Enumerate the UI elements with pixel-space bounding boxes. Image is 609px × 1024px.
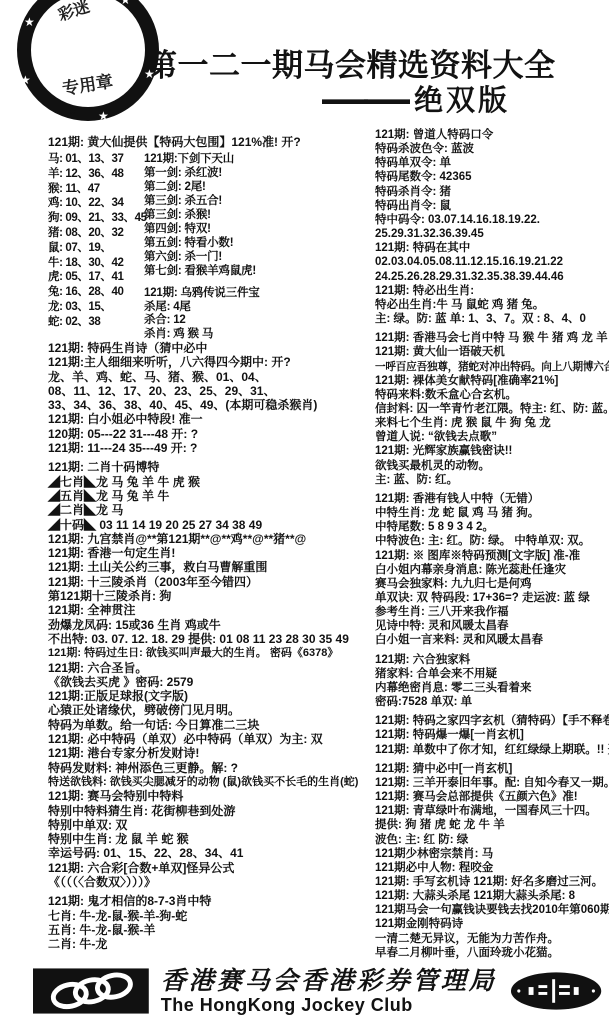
text-line: 121期: 特码生肖诗（猜中必中	[48, 341, 314, 355]
text-line: ◢二肖◣龙 马	[48, 503, 314, 517]
zodiac-line: 狗: 09、21、33、45	[48, 211, 144, 226]
zodiac-line: 鼠: 07、19、	[48, 241, 144, 256]
text-line: 白小姐内幕亲身消息: 陈光蕊赴任逢灾	[375, 563, 609, 577]
text-line: 121期: 香港一句定生肖!	[48, 546, 314, 560]
text-line: 121期: 特码之家四字玄机（猜特码）【手不释卷】	[375, 714, 609, 728]
zodiac-line: 龙: 03、15、	[48, 300, 144, 315]
text-line: 121期: 特码爆一爆[一肖玄机]	[375, 728, 609, 742]
text-line: 《欲钱去买虎 》密码: 2579	[48, 675, 314, 689]
left-text-lines: 121期: 特码生肖诗（猜中必中121期:主人细细来听听，八六得四今期中: 开?…	[48, 341, 314, 951]
text-line: 121期: 白小姐必中特段! 准一	[48, 412, 314, 426]
text-line: 五肖: 牛-龙-鼠-猴-羊	[48, 923, 314, 937]
text-line: 见诗中特: 灵和风暖太昌春	[375, 619, 609, 633]
zodiac-line: 马: 01、13、37	[48, 152, 144, 167]
text-line: 121期必中人物: 程咬金	[375, 861, 609, 875]
text-line: 121期: 赛马会总部提供《五颜六色》准!	[375, 790, 609, 804]
text-line: 二肖: 牛-龙	[48, 937, 314, 951]
text-line: 121期: 裸体美女献特码[准确率21%]	[375, 374, 609, 388]
text-line: 主: 蓝、防: 红。	[375, 473, 609, 487]
text-line: 特码尾数令: 42365	[375, 170, 609, 184]
text-line: 121期: 曾道人特码口令	[375, 128, 609, 142]
text-line: 121期: 大蒜头杀尾 121期大蒜头杀尾: 8	[375, 889, 609, 903]
text-line: 121期: 全神贯注	[48, 603, 314, 617]
text-line: 121期: 六合独家料	[375, 653, 609, 667]
text-line: 121期: 六合圣旨。	[48, 661, 314, 675]
text-line: 特送欲钱料: 欲钱买尖腮减牙的动物 (鼠)欲钱买不长毛的生肖(蛇)	[48, 775, 314, 789]
text-line: 121期: 必中特码（单双）必中特码（单双）为主: 双	[48, 732, 314, 746]
zodiac-number-list: 马: 01、13、37羊: 12、36、48猴: 11、47鸡: 10、22、3…	[48, 152, 144, 341]
text-line: 121期: 十三陵杀肖（2003年至今错四）	[48, 575, 314, 589]
zodiac-line: 兔: 16、28、40	[48, 285, 144, 300]
text-line: 121期: 光辉家族赢钱密诀!!	[375, 444, 609, 458]
sword-line: 第六剑: 杀一门!	[144, 250, 260, 264]
text-line: 121期金刚特码诗	[375, 917, 609, 931]
text-line: 特别中特料猜生肖: 花街柳巷到处游	[48, 804, 314, 818]
dash-line: ——	[322, 88, 406, 108]
text-line: 121期: 特必出生肖:	[375, 284, 609, 298]
text-line: 121期: 六合彩[合数+单双]怪异公式	[48, 861, 314, 875]
text-line: 特码来料:数禾盒心合玄机。	[375, 388, 609, 402]
sword-crow-section: 121期:下剑下天山第一剑: 杀红波!第二剑: 2尾!第三剑: 杀五合!第三剑:…	[144, 152, 260, 341]
crow-line: 杀尾: 4尾	[144, 301, 260, 315]
text-line: 一呼百应吾独尊，猪蛇对冲出特码。向上八期博六合。	[375, 360, 609, 374]
text-line: 121期: 三羊开泰旧年事。配: 自知今春又一期。	[375, 776, 609, 790]
text-line: 欲钱买最机灵的动物。	[375, 459, 609, 473]
text-line: 《（（（〈合数双〉）））》	[48, 875, 314, 889]
text-line: 赛马会独家料: 九九归七是何鸡	[375, 577, 609, 591]
text-line: 波色: 主: 红 防: 绿	[375, 833, 609, 847]
text-line: 白小姐一言来料: 灵和风暖太昌春	[375, 633, 609, 647]
footer-org-chinese: 香港赛马会香港彩券管理局	[161, 969, 497, 994]
text-line: 121期: 黄大仙一语破天机	[375, 345, 609, 359]
stamp-ring	[24, 0, 152, 114]
text-line: 08、11、12、17、20、23、25、29、31、	[48, 384, 314, 398]
text-line: 121期: 青草绿叶布满地，一国春风三十四。	[375, 804, 609, 818]
crow-legend-list: 121期: 乌鸦传说三件宝杀尾: 4尾杀合: 12杀肖: 鸡 猴 马	[144, 287, 260, 341]
zodiac-line: 虎: 05、17、41	[48, 270, 144, 285]
text-line: 120期: 05---22 31---48 开: ?	[48, 427, 314, 441]
zodiac-line: 鸡: 10、22、34	[48, 196, 144, 211]
footer-text: 香港赛马会香港彩券管理局 The HongKong Jockey Club	[161, 969, 497, 1014]
text-line: 劲爆龙凤码: 15或36 生肖 鸡或牛	[48, 618, 314, 632]
text-line: 信封料: 囚一竿青竹老江隈。特主: 红、防: 蓝。	[375, 402, 609, 416]
text-line: 121期: 九宫禁肖@**第121期**@**鸡**@**猪**@	[48, 532, 314, 546]
text-line: 曾道人说: “欲钱去点歌”	[375, 430, 609, 444]
edition-subtitle: —— 绝双版	[322, 80, 510, 116]
text-line: 25.29.31.32.36.39.45	[375, 227, 609, 241]
left-column: 121期: 黄大仙提供【特码大包围】121%准! 开? 马: 01、13、37羊…	[48, 134, 314, 951]
text-line: 121期: 港台专家分析发财诗!	[48, 746, 314, 760]
sword-line: 第三剑: 杀猴!	[144, 208, 260, 222]
text-line: 121期: 香港马会七肖中特 马 猴 牛 猪 鸡 龙 羊	[375, 331, 609, 345]
text-line: 不出特: 03. 07. 12. 18. 29 提供: 01 08 11 23 …	[48, 632, 314, 646]
text-line: 特码单双令: 单	[375, 156, 609, 170]
text-line: 特码发财料: 神州添色三更静。解: ?	[48, 761, 314, 775]
text-line: 121期少林密宗禁肖: 马	[375, 847, 609, 861]
text-line: 内幕绝密肖息: 零二三头看着来	[375, 681, 609, 695]
hkjc-logo-icon	[33, 968, 149, 1014]
text-line: 中特生肖: 龙 蛇 鼠 鸡 马 猪 狗。	[375, 506, 609, 520]
text-line: 特别中单双: 双	[48, 818, 314, 832]
crow-line: 杀合: 12	[144, 314, 260, 328]
text-line: 121期: ※ 图库※特码预测[文字版] 准-准	[375, 549, 609, 563]
text-line: 121期:正版足球报(文字版)	[48, 689, 314, 703]
text-line: 幸运号码: 01、15、22、28、34、41	[48, 846, 314, 860]
zodiac-line: 蛇: 02、38	[48, 315, 144, 330]
text-line: ◢十码◣ 03 11 14 19 20 25 27 34 38 49	[48, 518, 314, 532]
text-line: 中特尾数: 5 8 9 3 4 2。	[375, 520, 609, 534]
text-line: 特码出肖令: 鼠	[375, 199, 609, 213]
text-line: 121期: 赛马会特别中特料	[48, 789, 314, 803]
zodiac-sword-section: 马: 01、13、37羊: 12、36、48猴: 11、47鸡: 10、22、3…	[48, 152, 314, 341]
star-icon: ★	[24, 15, 35, 29]
sword-line: 第三剑: 杀五合!	[144, 194, 260, 208]
footer: 香港赛马会香港彩券管理局 The HongKong Jockey Club	[33, 968, 603, 1014]
text-line: 特码为单数。给一句话: 今日算准二三块	[48, 718, 314, 732]
text-line: 参考生肖: 三八开来我作福	[375, 605, 609, 619]
text-line: 第121期十三陵杀肖: 狗	[48, 589, 314, 603]
text-line: 121期: 特码过生日: 欲钱买叫声最大的生肖。 密码《6378》	[48, 646, 314, 660]
text-line: ◢七肖◣龙 马 兔 羊 牛 虎 猴	[48, 475, 314, 489]
text-line: 121期马会一句赢钱诀要钱去找2010年第060期	[375, 903, 609, 917]
text-line: 密码:7528 单双: 单	[375, 695, 609, 709]
text-line: 121期: 土山关公约三事，救白马曹解重围	[48, 560, 314, 574]
text-line: 单双诀: 双 特码段: 17+36=? 走运波: 蓝 绿	[375, 591, 609, 605]
text-line: 主: 绿。防: 蓝 单: 1、3、7。双 : 8、4、0	[375, 312, 609, 326]
text-line: 121期: 鬼才相信的8-7-3肖中特	[48, 894, 314, 908]
text-line: 121期: 手写玄机诗 121期: 好名多磨过三河。	[375, 875, 609, 889]
text-line: 中特波色: 主: 红。防: 绿。 中特单双: 双。	[375, 534, 609, 548]
text-line: 121期: 二肖十码博特	[48, 460, 314, 474]
text-line: 121期: 香港有钱人中特（无错）	[375, 492, 609, 506]
text-line: 特码杀肖令: 猪	[375, 185, 609, 199]
text-line: 龙、羊、鸡、蛇、马、猪、猴、01、04、	[48, 370, 314, 384]
crow-line: 杀肖: 鸡 猴 马	[144, 328, 260, 342]
text-line: 121期: 11---24 35---49 开: ?	[48, 441, 314, 455]
sword-line: 第七剑: 看猴羊鸡鼠虎!	[144, 264, 260, 278]
zodiac-line: 猴: 11、47	[48, 182, 144, 197]
star-icon: ★	[20, 73, 31, 87]
text-line: 七肖: 牛-龙-鼠-猴-羊-狗-蛇	[48, 909, 314, 923]
footer-org-english: The HongKong Jockey Club	[161, 996, 497, 1014]
text-line: 猪家料: 合单会来不用疑	[375, 667, 609, 681]
sword-line: 第一剑: 杀红波!	[144, 166, 260, 180]
scanned-lottery-sheet: ★ ★ ★ ★ ★ ★ 彩迷 专用章 ★ ★ 第一二一期马会精选资料大全 —— …	[0, 0, 609, 1024]
edition-label: 绝双版	[414, 78, 510, 119]
text-line: 02.03.04.05.08.11.12.15.16.19.21.22	[375, 255, 609, 269]
text-line: 心猿正处诸缘伏，劈破傍门见月明。	[48, 703, 314, 717]
text-line: 33、34、36、38、40、45、49、(本期可稳杀猴肖)	[48, 398, 314, 412]
oval-stamp-icon	[509, 970, 603, 1012]
right-column: 121期: 曾道人特码口令特码杀波色令: 蓝波特码单双令: 单特码尾数令: 42…	[375, 128, 609, 960]
sword-line: 第二剑: 2尾!	[144, 180, 260, 194]
text-line: 121期: 特码在其中	[375, 241, 609, 255]
text-line: 一清二楚无异议，无能为力苦作舟。	[375, 932, 609, 946]
star-icon: ★	[144, 67, 155, 81]
text-line: 特必出生肖:牛 马 鼠蛇 鸡 猪 兔。	[375, 298, 609, 312]
star-icon: ★	[106, 108, 115, 119]
text-line: 来料七个生肖: 虎 猴 鼠 牛 狗 兔 龙	[375, 416, 609, 430]
text-line: 提供: 狗 猪 虎 蛇 龙 牛 羊	[375, 818, 609, 832]
text-line: 特别中生肖: 龙 鼠 羊 蛇 猴	[48, 832, 314, 846]
zodiac-line: 猪: 08、20、32	[48, 226, 144, 241]
text-line: 121期: 猜中必中[一肖玄机]	[375, 762, 609, 776]
zodiac-line: 牛: 18、30、42	[48, 256, 144, 271]
sword-list: 121期:下剑下天山第一剑: 杀红波!第二剑: 2尾!第三剑: 杀五合!第三剑:…	[144, 152, 260, 278]
text-line: 早春二月柳叶垂，八面玲珑小花猫。	[375, 946, 609, 960]
intro-line: 121期: 黄大仙提供【特码大包围】121%准! 开?	[48, 134, 314, 150]
text-line: ◢五肖◣龙 马 兔 羊 牛	[48, 489, 314, 503]
text-line: 121期:主人细细来听听，八六得四今期中: 开?	[48, 355, 314, 369]
text-line: 121期: 单数中了你才知，红红绿绿上期联。!! 开（??）	[375, 743, 609, 757]
sword-line: 第五剑: 特看小数!	[144, 236, 260, 250]
star-icon: ★	[120, 0, 131, 7]
sword-line: 121期:下剑下天山	[144, 152, 260, 166]
sword-line: 第四剑: 特双!	[144, 222, 260, 236]
circular-stamp: ★ ★ ★ ★ ★ ★ 彩迷 专用章 ★ ★	[12, 0, 164, 130]
text-line: 特码杀波色令: 蓝波	[375, 142, 609, 156]
crow-line: 121期: 乌鸦传说三件宝	[144, 287, 260, 301]
zodiac-line: 羊: 12、36、48	[48, 167, 144, 182]
text-line: 特中码令: 03.07.14.16.18.19.22.	[375, 213, 609, 227]
text-line: 24.25.26.28.29.31.32.35.38.39.44.46	[375, 270, 609, 284]
star-icon: ★	[68, 106, 77, 117]
